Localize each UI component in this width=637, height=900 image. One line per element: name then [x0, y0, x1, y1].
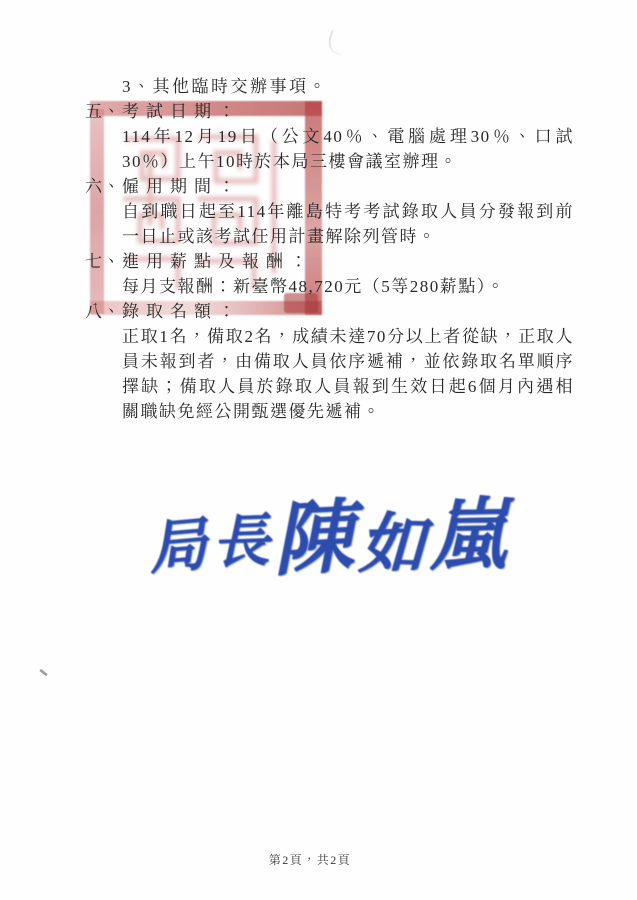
list-item-3: 3、其他臨時交辦事項。: [122, 74, 574, 99]
section-5: 五、 考試日期： 114年12月19日（公文40％、電腦處理30％、口試30％）…: [85, 99, 574, 174]
section-body: 自到職日起至114年離島特考考試錄取人員分發報到前一日止或該考試任用計畫解除列管…: [122, 199, 574, 249]
section-7: 七、 進用薪點及報酬： 每月支報酬：新臺幣48,720元（5等280薪點）。: [85, 249, 574, 299]
section-content: 考試日期： 114年12月19日（公文40％、電腦處理30％、口試30％）上午1…: [122, 99, 574, 174]
signature-char: 如: [358, 510, 426, 578]
page-footer: 第2頁，共2頁: [0, 851, 620, 868]
section-content: 僱用期間： 自到職日起至114年離島特考考試錄取人員分發報到前一日止或該考試任用…: [122, 174, 574, 249]
section-heading: 進用薪點及報酬：: [122, 249, 574, 274]
scan-artifact-mark: [325, 30, 347, 55]
section-number: 七、: [85, 249, 122, 274]
section-number: 六、: [85, 174, 122, 199]
section-6: 六、 僱用期間： 自到職日起至114年離島特考考試錄取人員分發報到前一日止或該考…: [85, 174, 574, 249]
document-body: 3、其他臨時交辦事項。 五、 考試日期： 114年12月19日（公文40％、電腦…: [85, 74, 574, 424]
section-body: 正取1名，備取2名，成績未達70分以上者從缺，正取人員未報到者，由備取人員依序遞…: [122, 324, 574, 424]
section-heading: 錄取名額：: [122, 299, 574, 324]
signature-char: 長: [211, 512, 270, 571]
section-heading: 僱用期間：: [122, 174, 574, 199]
signature-char: 陳: [271, 496, 355, 580]
section-number: 八、: [85, 299, 122, 324]
section-body: 114年12月19日（公文40％、電腦處理30％、口試30％）上午10時於本局三…: [122, 124, 574, 174]
section-content: 錄取名額： 正取1名，備取2名，成績未達70分以上者從缺，正取人員未報到者，由備…: [122, 299, 574, 424]
section-content: 進用薪點及報酬： 每月支報酬：新臺幣48,720元（5等280薪點）。: [122, 249, 574, 299]
signature-char: 嵐: [428, 496, 507, 575]
director-signature-stamp: 局 長 陳 如 嵐: [148, 468, 488, 608]
section-body: 每月支報酬：新臺幣48,720元（5等280薪點）。: [122, 274, 574, 299]
section-8: 八、 錄取名額： 正取1名，備取2名，成績未達70分以上者從缺，正取人員未報到者…: [85, 299, 574, 424]
section-heading: 考試日期：: [122, 99, 574, 124]
section-number: 五、: [85, 99, 122, 124]
scanned-document-page: 3、其他臨時交辦事項。 五、 考試日期： 114年12月19日（公文40％、電腦…: [0, 0, 637, 900]
scan-artifact-mark: [39, 669, 48, 677]
signature-char: 局: [146, 515, 209, 578]
